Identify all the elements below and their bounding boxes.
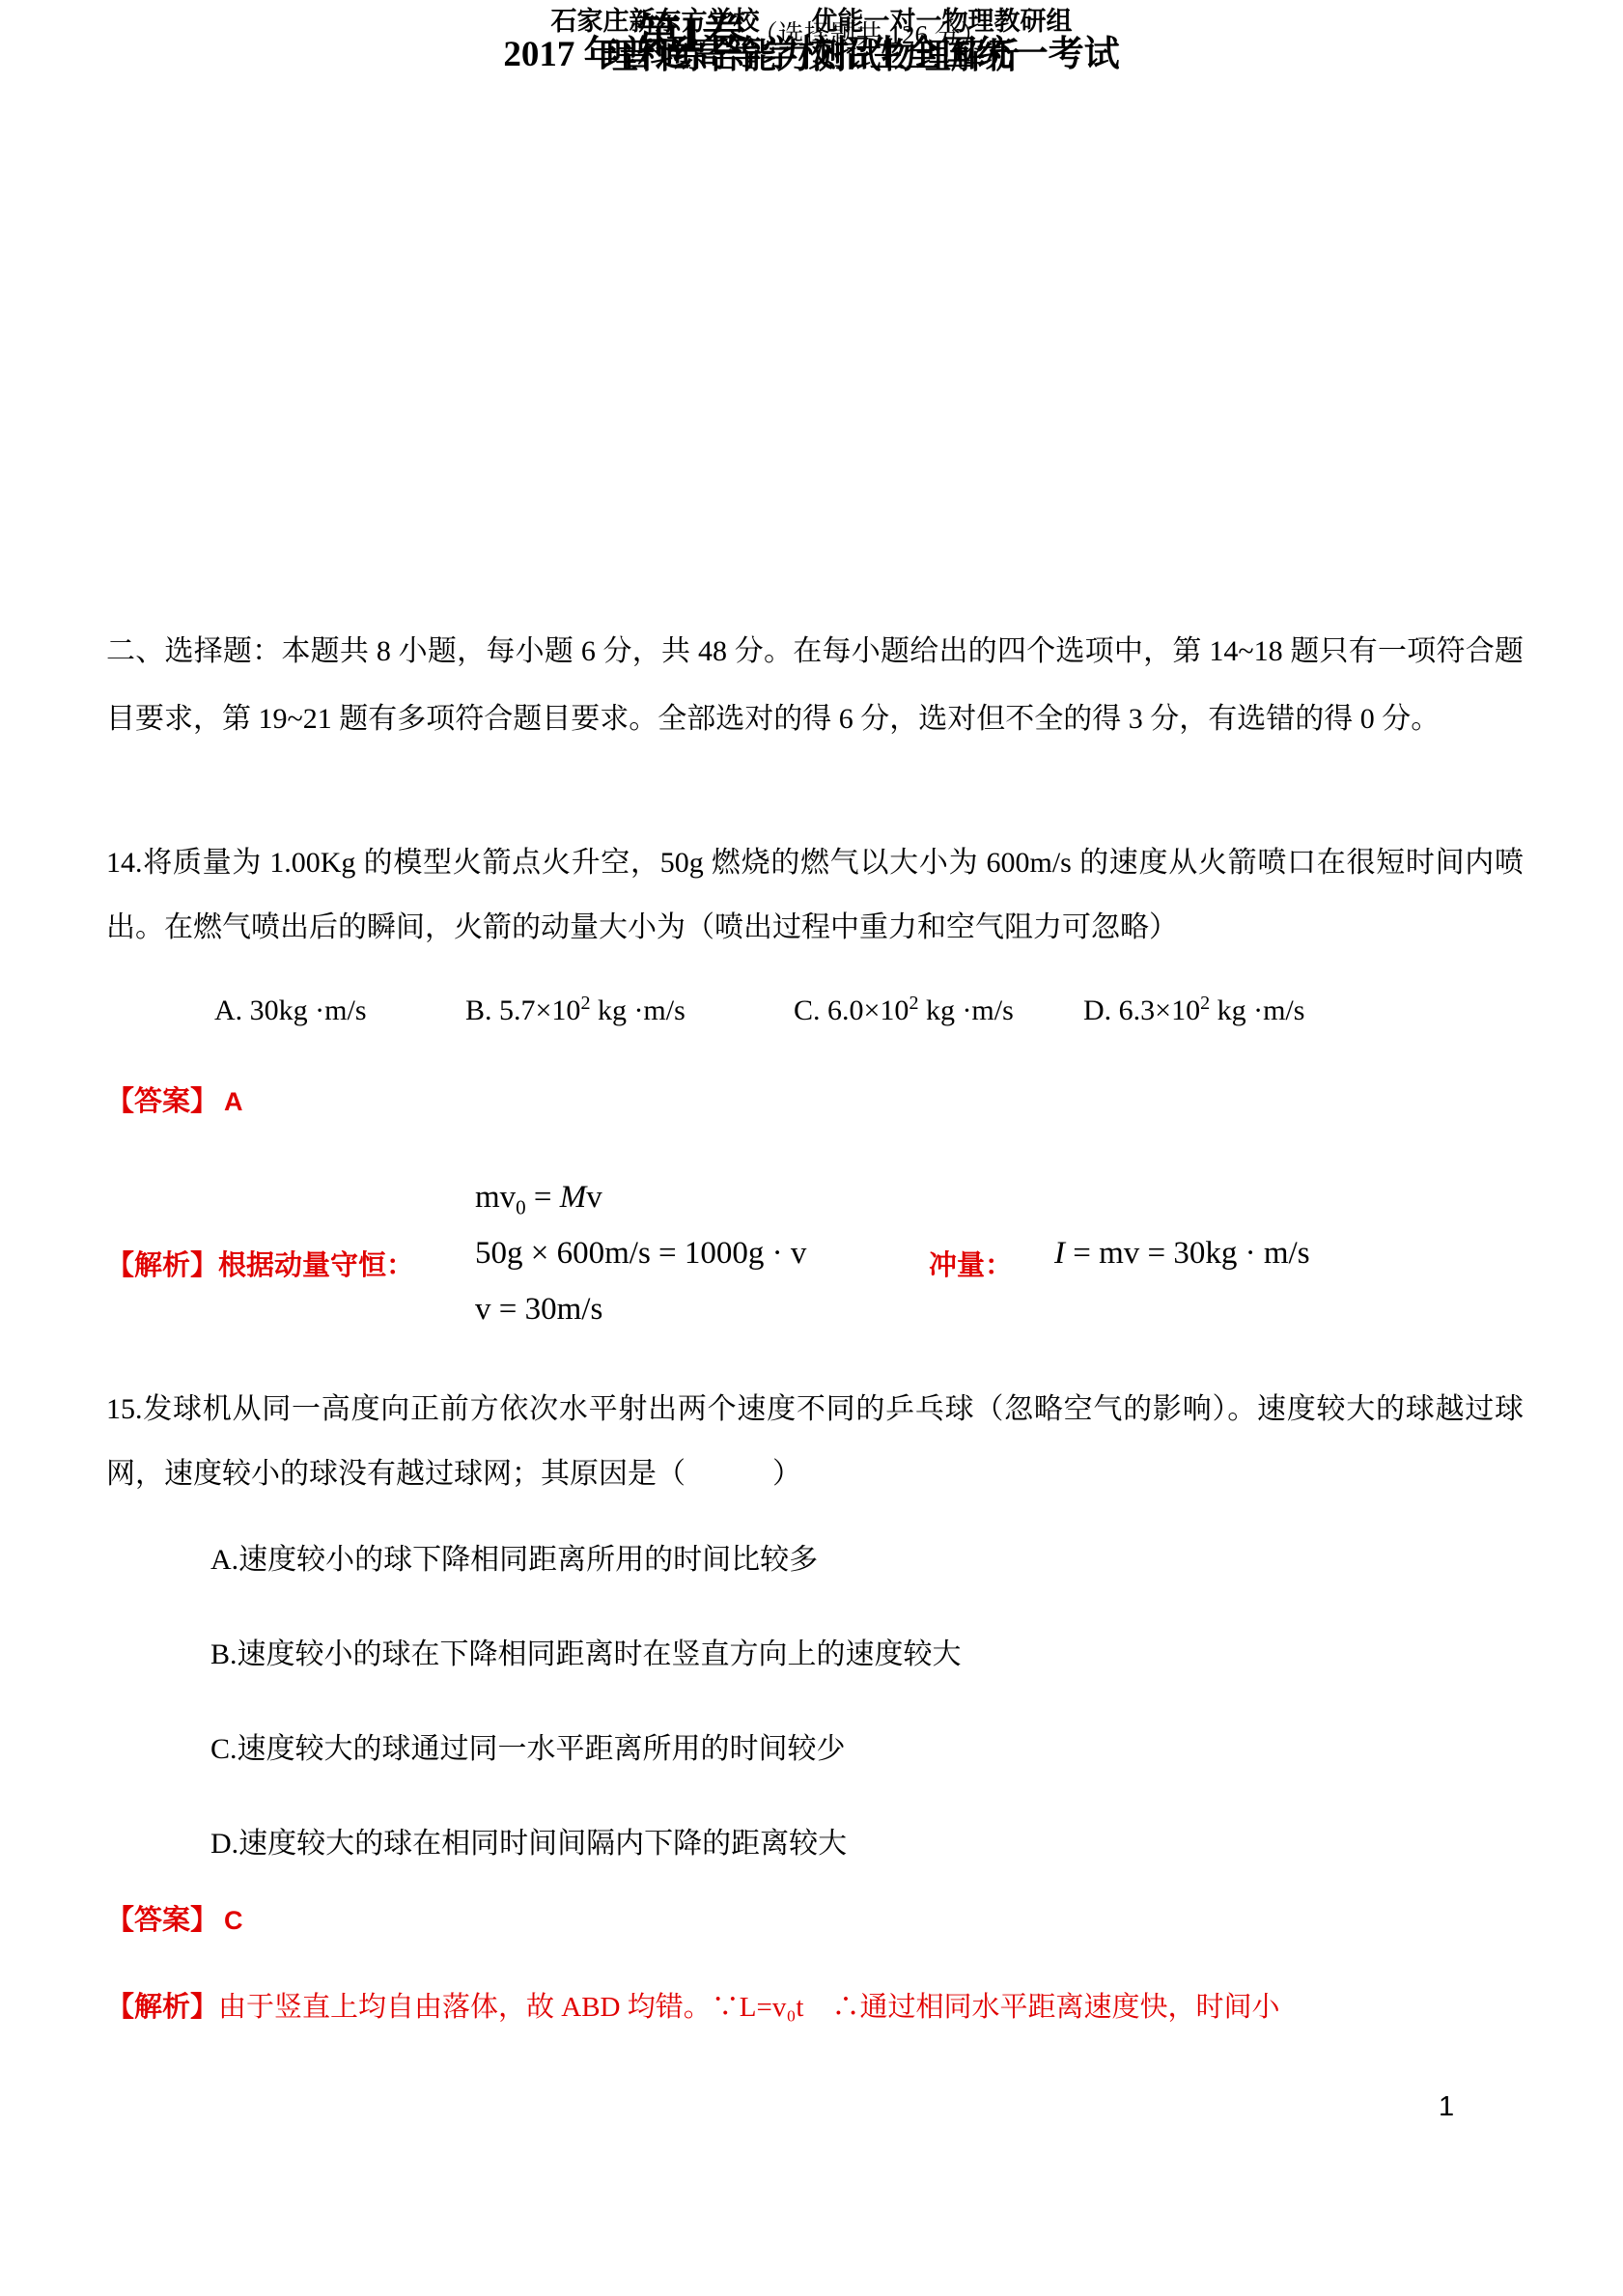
question-15-option-b: B.速度较小的球在下降相同距离时在竖直方向上的速度较大 [210, 1630, 962, 1672]
formula-text: mv [475, 1180, 516, 1215]
option-text: A. 30kg ·m/s [214, 994, 367, 1026]
question-14-option-c: C. 6.0×102 kg ·m/s [794, 993, 1014, 1027]
option-exponent: 2 [1200, 993, 1210, 1014]
question-15-option-d: D.速度较大的球在相同时间间隔内下降的距离较大 [210, 1819, 847, 1862]
question-14-answer: 【答案】A [106, 1079, 243, 1119]
question-14-option-d: D. 6.3×102 kg ·m/s [1083, 993, 1304, 1027]
section-score-note: （选择题共 126 分） [752, 20, 987, 49]
option-text: C. 6.0×10 [794, 994, 909, 1026]
answer-value: A [224, 1087, 243, 1116]
section-volume-label: 第Ⅰ卷 [636, 11, 746, 60]
option-text: kg ·m/s [590, 994, 685, 1026]
question-14-stem: 14.将质量为 1.00Kg 的模型火箭点火升空，50g 燃烧的燃气以大小为 6… [106, 830, 1524, 960]
question-15-answer: 【答案】C [106, 1898, 243, 1938]
formula-variable: M [560, 1180, 587, 1215]
question-15-option-c: C.速度较大的球通过同一水平距离所用的时间较少 [210, 1724, 846, 1767]
formula-momentum-conservation: mv0 = Mv [475, 1180, 602, 1220]
formula-impulse: I = mv = 30kg · m/s [1054, 1236, 1310, 1272]
answer-label: 【答案】 [106, 1905, 218, 1936]
formula-text: = mv = 30kg · m/s [1065, 1236, 1310, 1271]
option-text: D. 6.3×10 [1083, 994, 1200, 1026]
page-number: 1 [1439, 2091, 1454, 2123]
answer-value: C [224, 1906, 243, 1935]
option-text: B. 5.7×10 [465, 994, 580, 1026]
section-heading: 第Ⅰ卷（选择题共 126 分） [0, 0, 1623, 64]
option-text: kg ·m/s [1210, 994, 1304, 1026]
formula-subscript: 0 [516, 1196, 526, 1219]
instructions-paragraph: 二、选择题：本题共 8 小题，每小题 6 分，共 48 分。在每小题给出的四个选… [106, 618, 1524, 753]
formula-text: v [586, 1180, 602, 1215]
impulse-label: 冲量： [929, 1244, 1013, 1283]
question-15-stem: 15.发球机从同一高度向正前方依次水平射出两个速度不同的乒乓球（忽略空气的影响）… [106, 1377, 1524, 1506]
answer-label: 【答案】 [106, 1086, 218, 1117]
formula-variable: I [1054, 1236, 1065, 1271]
option-text: kg ·m/s [918, 994, 1013, 1026]
question-14-analysis-label: 【解析】根据动量守恒： [106, 1244, 414, 1283]
analysis-label: 【解析】 [106, 1992, 218, 2023]
option-exponent: 2 [580, 993, 590, 1014]
question-15-option-a: A.速度较小的球下降相同距离所用的时间比较多 [210, 1535, 818, 1578]
question-15-analysis: 【解析】由于竖直上均自由落体，故 ABD 均错。∵L=v₀t ∴通过相同水平距离… [106, 1985, 1524, 2025]
document-page: 2017 年普通高等学校招生全国统一考试 理科综合能力测试物理解析 石家庄新东方… [0, 0, 1623, 2296]
option-exponent: 2 [909, 993, 918, 1014]
formula-text: = [526, 1180, 560, 1215]
question-14-option-b: B. 5.7×102 kg ·m/s [465, 993, 686, 1027]
analysis-text: 由于竖直上均自由落体，故 ABD 均错。∵L=v₀t ∴通过相同水平距离速度快，… [218, 1992, 1279, 2023]
formula-momentum-numbers: 50g × 600m/s = 1000g · v [475, 1236, 806, 1272]
formula-velocity-result: v = 30m/s [475, 1292, 602, 1328]
question-14-option-a: A. 30kg ·m/s [214, 993, 367, 1027]
